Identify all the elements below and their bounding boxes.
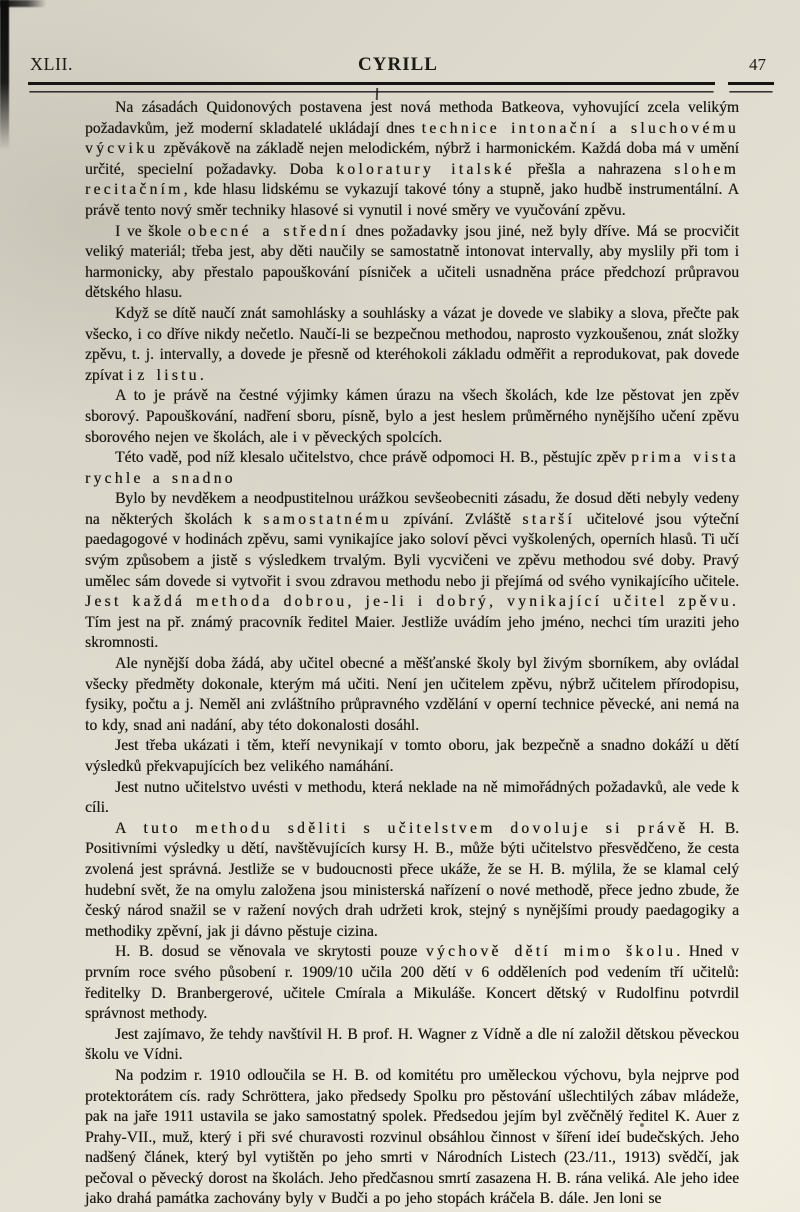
body-text: I ve škole bbox=[115, 223, 188, 240]
volume-number: XLII. bbox=[30, 54, 190, 75]
page-number: 47 bbox=[606, 55, 772, 75]
body-text: . bbox=[200, 367, 204, 384]
scan-edge-smudge-top bbox=[0, 0, 46, 7]
body-text: Tím jest na př. známý pracovník ředitel … bbox=[85, 614, 739, 652]
paragraph: H. B. dosud se věnovala ve skrytosti pou… bbox=[85, 942, 739, 1024]
header-divider bbox=[28, 82, 774, 91]
paragraph: A to je právě na čestné výjimky kámen úr… bbox=[85, 386, 739, 448]
body-text: Jest zajímavo, že tehdy navštívil H. B p… bbox=[85, 1026, 739, 1064]
emphasized-text: z listu bbox=[137, 367, 200, 384]
body-text: Této vadě, pod níž klesalo učitelstvo, c… bbox=[115, 449, 631, 466]
paragraph: Ale nynější doba žádá, aby učitel obecné… bbox=[85, 654, 739, 736]
body-text: H. B. Positivními výsledky u dětí, navšt… bbox=[85, 820, 739, 940]
emphasized-text: samostatnému bbox=[263, 511, 392, 528]
paragraph: Na podzim r. 1910 odloučila se H. B. od … bbox=[85, 1066, 739, 1210]
body-text: Jest nutno učitelstvo uvésti v methodu, … bbox=[85, 779, 739, 817]
emphasized-text: starší bbox=[522, 511, 575, 528]
body-text: Jest třeba ukázati i těm, kteří nevynika… bbox=[85, 737, 739, 775]
paragraph: Bylo by nevděkem a neodpustitelnou urážk… bbox=[85, 489, 739, 654]
paragraph: Jest zajímavo, že tehdy navštívil H. B p… bbox=[85, 1025, 739, 1066]
journal-title: CYRILL bbox=[190, 54, 606, 76]
header-rule-long bbox=[28, 82, 715, 91]
scan-edge-smudge-left bbox=[0, 0, 9, 150]
paragraph: I ve škole obecné a střední dnes požadav… bbox=[85, 222, 739, 304]
paragraph: Když se dítě naučí znát samohlásky a sou… bbox=[85, 304, 739, 386]
emphasized-text: výchově dětí mimo školu bbox=[426, 943, 676, 960]
body-text: Ale nynější doba žádá, aby učitel obecné… bbox=[85, 655, 739, 734]
paragraph: Na zásadách Quidonových postavena jest n… bbox=[85, 98, 739, 222]
body-text: Na podzim r. 1910 odloučila se H. B. od … bbox=[85, 1067, 739, 1208]
paragraph: Jest třeba ukázati i těm, kteří nevynika… bbox=[85, 736, 739, 777]
body-text: zpívání. Zvláště bbox=[392, 511, 523, 528]
emphasized-text: obecné a střední bbox=[188, 223, 349, 240]
emphasized-text: koloratury italské bbox=[336, 161, 515, 178]
body-text: přešla a nahrazena bbox=[515, 161, 675, 178]
emphasized-text: A tuto methodu sděliti s učitelstvem dov… bbox=[115, 820, 688, 837]
body-text: , kde hlasu lidskému se vykazují takové … bbox=[85, 181, 739, 219]
emphasized-text: Jest každá methoda dobrou, je-li i dobrý… bbox=[85, 593, 739, 610]
paragraph: Této vadě, pod níž klesalo učitelstvo, c… bbox=[85, 448, 739, 489]
article-body: Na zásadách Quidonových postavena jest n… bbox=[85, 98, 739, 1210]
body-text: H. B. dosud se věnovala ve skrytosti pou… bbox=[115, 943, 426, 960]
body-text: A to je právě na čestné výjimky kámen úr… bbox=[85, 387, 739, 445]
page-header: XLII. CYRILL 47 bbox=[28, 54, 774, 91]
header-rule-short bbox=[728, 82, 774, 91]
scanned-page: { "header": { "volume": "XLII.", "title"… bbox=[0, 0, 800, 1212]
paragraph: A tuto methodu sděliti s učitelstvem dov… bbox=[85, 819, 739, 943]
paragraph: Jest nutno učitelstvo uvésti v methodu, … bbox=[85, 778, 739, 819]
